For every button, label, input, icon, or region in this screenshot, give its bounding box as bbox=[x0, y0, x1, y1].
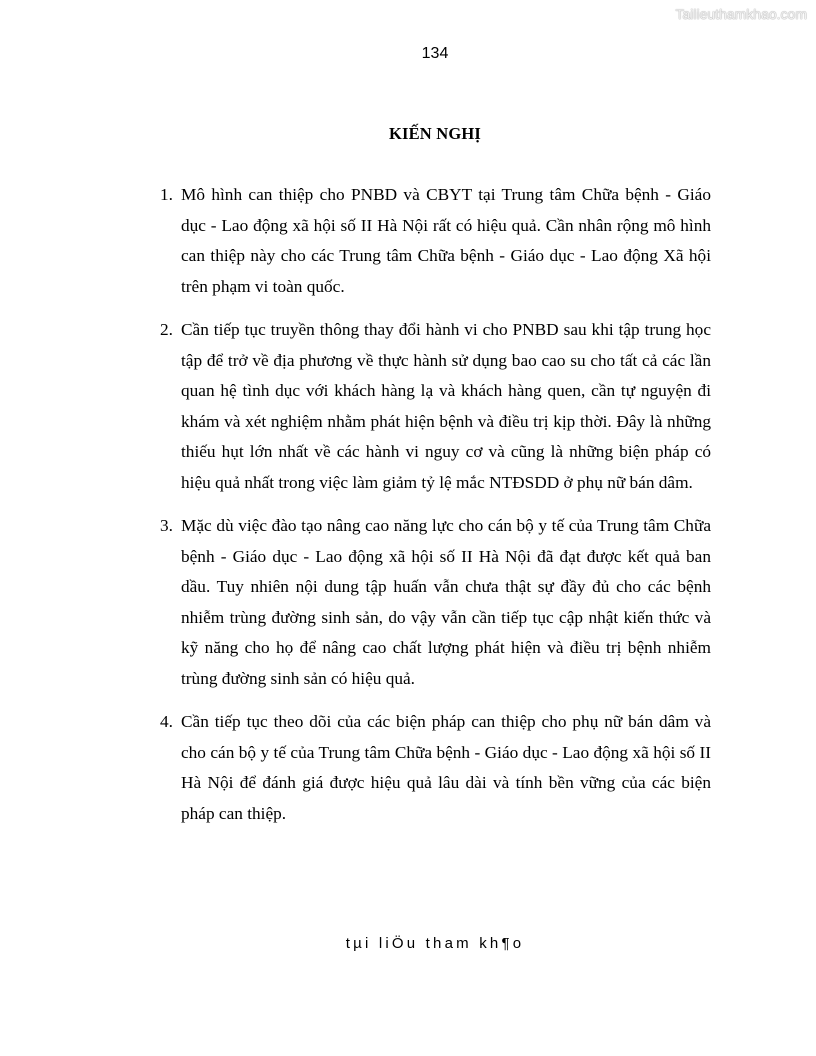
recommendation-item: 2. Cần tiếp tục truyền thông thay đổi hà… bbox=[160, 315, 711, 498]
recommendation-item: 4. Cần tiếp tục theo dõi của các biện ph… bbox=[160, 707, 711, 829]
recommendation-item: 1. Mô hình can thiệp cho PNBD và CBYT tạ… bbox=[160, 180, 711, 302]
recommendations-list: 1. Mô hình can thiệp cho PNBD và CBYT tạ… bbox=[160, 180, 711, 842]
item-number: 1. bbox=[160, 180, 173, 211]
item-number: 4. bbox=[160, 707, 173, 738]
footer-heading: tµi liÖu tham kh¶o bbox=[0, 935, 816, 952]
item-text: Cần tiếp tục truyền thông thay đổi hành … bbox=[181, 320, 711, 492]
item-text: Cần tiếp tục theo dõi của các biện pháp … bbox=[181, 712, 711, 823]
section-title: KIẾN NGHỊ bbox=[0, 124, 816, 144]
item-number: 3. bbox=[160, 511, 173, 542]
item-number: 2. bbox=[160, 315, 173, 346]
watermark: Tailieuthamkhao.com bbox=[675, 6, 807, 22]
item-text: Mặc dù việc đào tạo nâng cao năng lực ch… bbox=[181, 516, 711, 688]
page-number: 134 bbox=[0, 45, 816, 63]
recommendation-item: 3. Mặc dù việc đào tạo nâng cao năng lực… bbox=[160, 511, 711, 694]
item-text: Mô hình can thiệp cho PNBD và CBYT tại T… bbox=[181, 185, 711, 296]
